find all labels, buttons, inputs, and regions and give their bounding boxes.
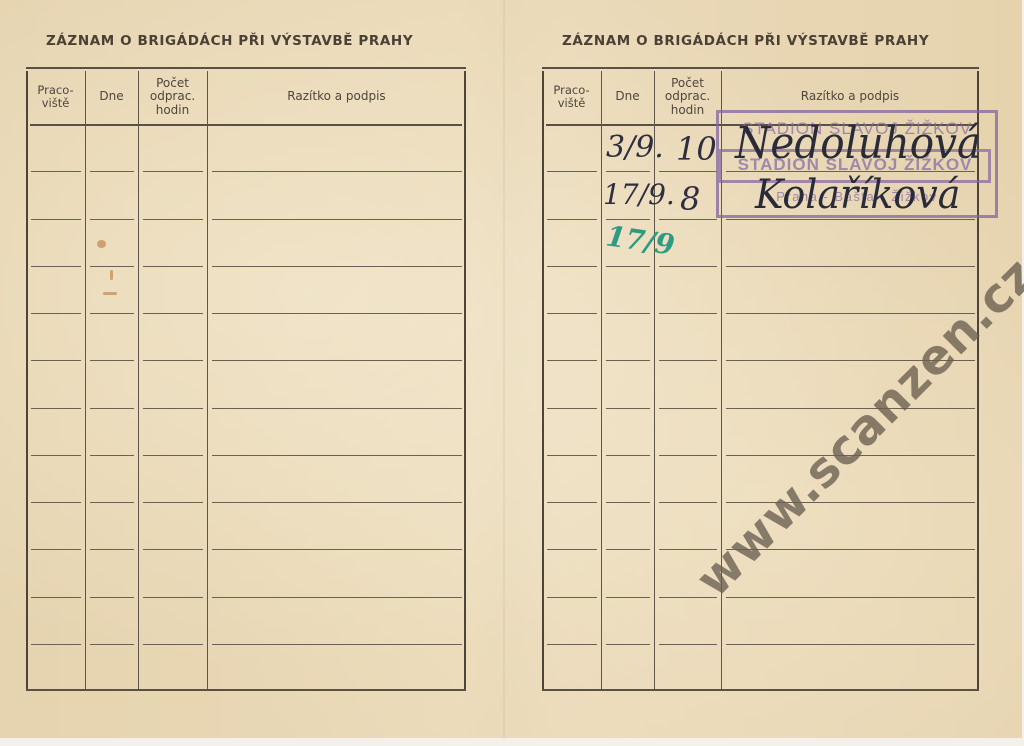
row-divider <box>659 360 717 361</box>
row-divider <box>659 408 717 409</box>
row-divider <box>606 502 650 503</box>
row-divider <box>547 455 597 456</box>
row-divider <box>143 597 203 598</box>
row-divider <box>212 266 462 267</box>
row-divider <box>31 502 81 503</box>
row-divider <box>143 219 203 220</box>
paper-stain <box>110 270 113 280</box>
row-divider <box>212 360 462 361</box>
row-divider <box>547 597 597 598</box>
header-pracoviste: Praco- viště <box>26 70 85 124</box>
row-divider <box>143 360 203 361</box>
row-divider <box>143 502 203 503</box>
row-divider <box>143 408 203 409</box>
header-dne: Dne <box>601 70 654 124</box>
row-divider <box>726 266 975 267</box>
entry-2-hours: 8 <box>680 180 700 218</box>
row-divider <box>659 266 717 267</box>
row-divider <box>212 549 462 550</box>
row-divider <box>31 219 81 220</box>
row-divider <box>606 549 650 550</box>
row-divider <box>659 219 717 220</box>
column-divider <box>207 71 208 689</box>
row-divider <box>212 171 462 172</box>
row-divider <box>606 266 650 267</box>
row-divider <box>31 597 81 598</box>
row-divider <box>31 455 81 456</box>
header-pocet-hodin: Počet odprac. hodin <box>654 70 721 124</box>
row-divider <box>90 360 134 361</box>
row-divider <box>606 171 650 172</box>
row-divider <box>606 313 650 314</box>
row-divider <box>143 171 203 172</box>
row-divider <box>31 313 81 314</box>
row-divider <box>212 455 462 456</box>
row-divider <box>143 549 203 550</box>
row-divider <box>659 171 717 172</box>
header-divider <box>30 124 462 126</box>
row-divider <box>547 219 597 220</box>
row-divider <box>31 171 81 172</box>
signature-line-1: Nedoluhová <box>735 118 981 169</box>
row-divider <box>606 408 650 409</box>
header-dne: Dne <box>85 70 138 124</box>
row-divider <box>659 502 717 503</box>
row-divider <box>31 266 81 267</box>
row-divider <box>90 455 134 456</box>
row-divider <box>547 502 597 503</box>
row-divider <box>143 644 203 645</box>
row-divider <box>547 171 597 172</box>
row-divider <box>547 360 597 361</box>
entry-1-hours: 10 <box>676 130 717 168</box>
row-divider <box>726 597 975 598</box>
row-divider <box>143 266 203 267</box>
row-divider <box>606 597 650 598</box>
row-divider <box>659 455 717 456</box>
row-divider <box>90 597 134 598</box>
row-divider <box>212 219 462 220</box>
row-divider <box>31 408 81 409</box>
center-fold <box>503 0 505 738</box>
row-divider <box>90 502 134 503</box>
row-divider <box>90 549 134 550</box>
row-divider <box>659 313 717 314</box>
header-pocet-hodin: Počet odprac. hodin <box>138 70 207 124</box>
row-divider <box>606 455 650 456</box>
row-divider <box>659 644 717 645</box>
row-divider <box>90 266 134 267</box>
row-divider <box>547 549 597 550</box>
row-divider <box>547 313 597 314</box>
left-brigade-table: Praco- vištěDnePočet odprac. hodinRazítk… <box>26 67 466 691</box>
entry-2-date: 17/9. <box>603 178 675 211</box>
row-divider <box>31 644 81 645</box>
row-divider <box>143 455 203 456</box>
header-razitko-a-podpis: Razítko a podpis <box>207 70 466 124</box>
row-divider <box>90 644 134 645</box>
paper-stain <box>103 292 117 295</box>
row-divider <box>547 266 597 267</box>
row-divider <box>143 313 203 314</box>
row-divider <box>31 549 81 550</box>
row-divider <box>212 597 462 598</box>
entry-1-date: 3/9. <box>606 130 664 165</box>
row-divider <box>726 644 975 645</box>
row-divider <box>90 171 134 172</box>
column-divider <box>138 71 139 689</box>
paper-stain <box>97 240 106 248</box>
column-divider <box>85 71 86 689</box>
column-divider <box>601 71 602 689</box>
right-page-title: ZÁZNAM O BRIGÁDÁCH PŘI VÝSTAVBĚ PRAHY <box>562 33 929 49</box>
header-pracoviste: Praco- viště <box>542 70 601 124</box>
row-divider <box>90 313 134 314</box>
row-divider <box>547 644 597 645</box>
signature-line-2: Kolaříková <box>755 172 960 218</box>
row-divider <box>212 502 462 503</box>
row-divider <box>547 408 597 409</box>
row-divider <box>659 597 717 598</box>
row-divider <box>606 360 650 361</box>
row-divider <box>90 408 134 409</box>
row-divider <box>726 219 975 220</box>
row-divider <box>606 644 650 645</box>
row-divider <box>31 360 81 361</box>
left-page-title: ZÁZNAM O BRIGÁDÁCH PŘI VÝSTAVBĚ PRAHY <box>46 33 413 49</box>
row-divider <box>212 408 462 409</box>
row-divider <box>212 644 462 645</box>
row-divider <box>212 313 462 314</box>
row-divider <box>90 219 134 220</box>
